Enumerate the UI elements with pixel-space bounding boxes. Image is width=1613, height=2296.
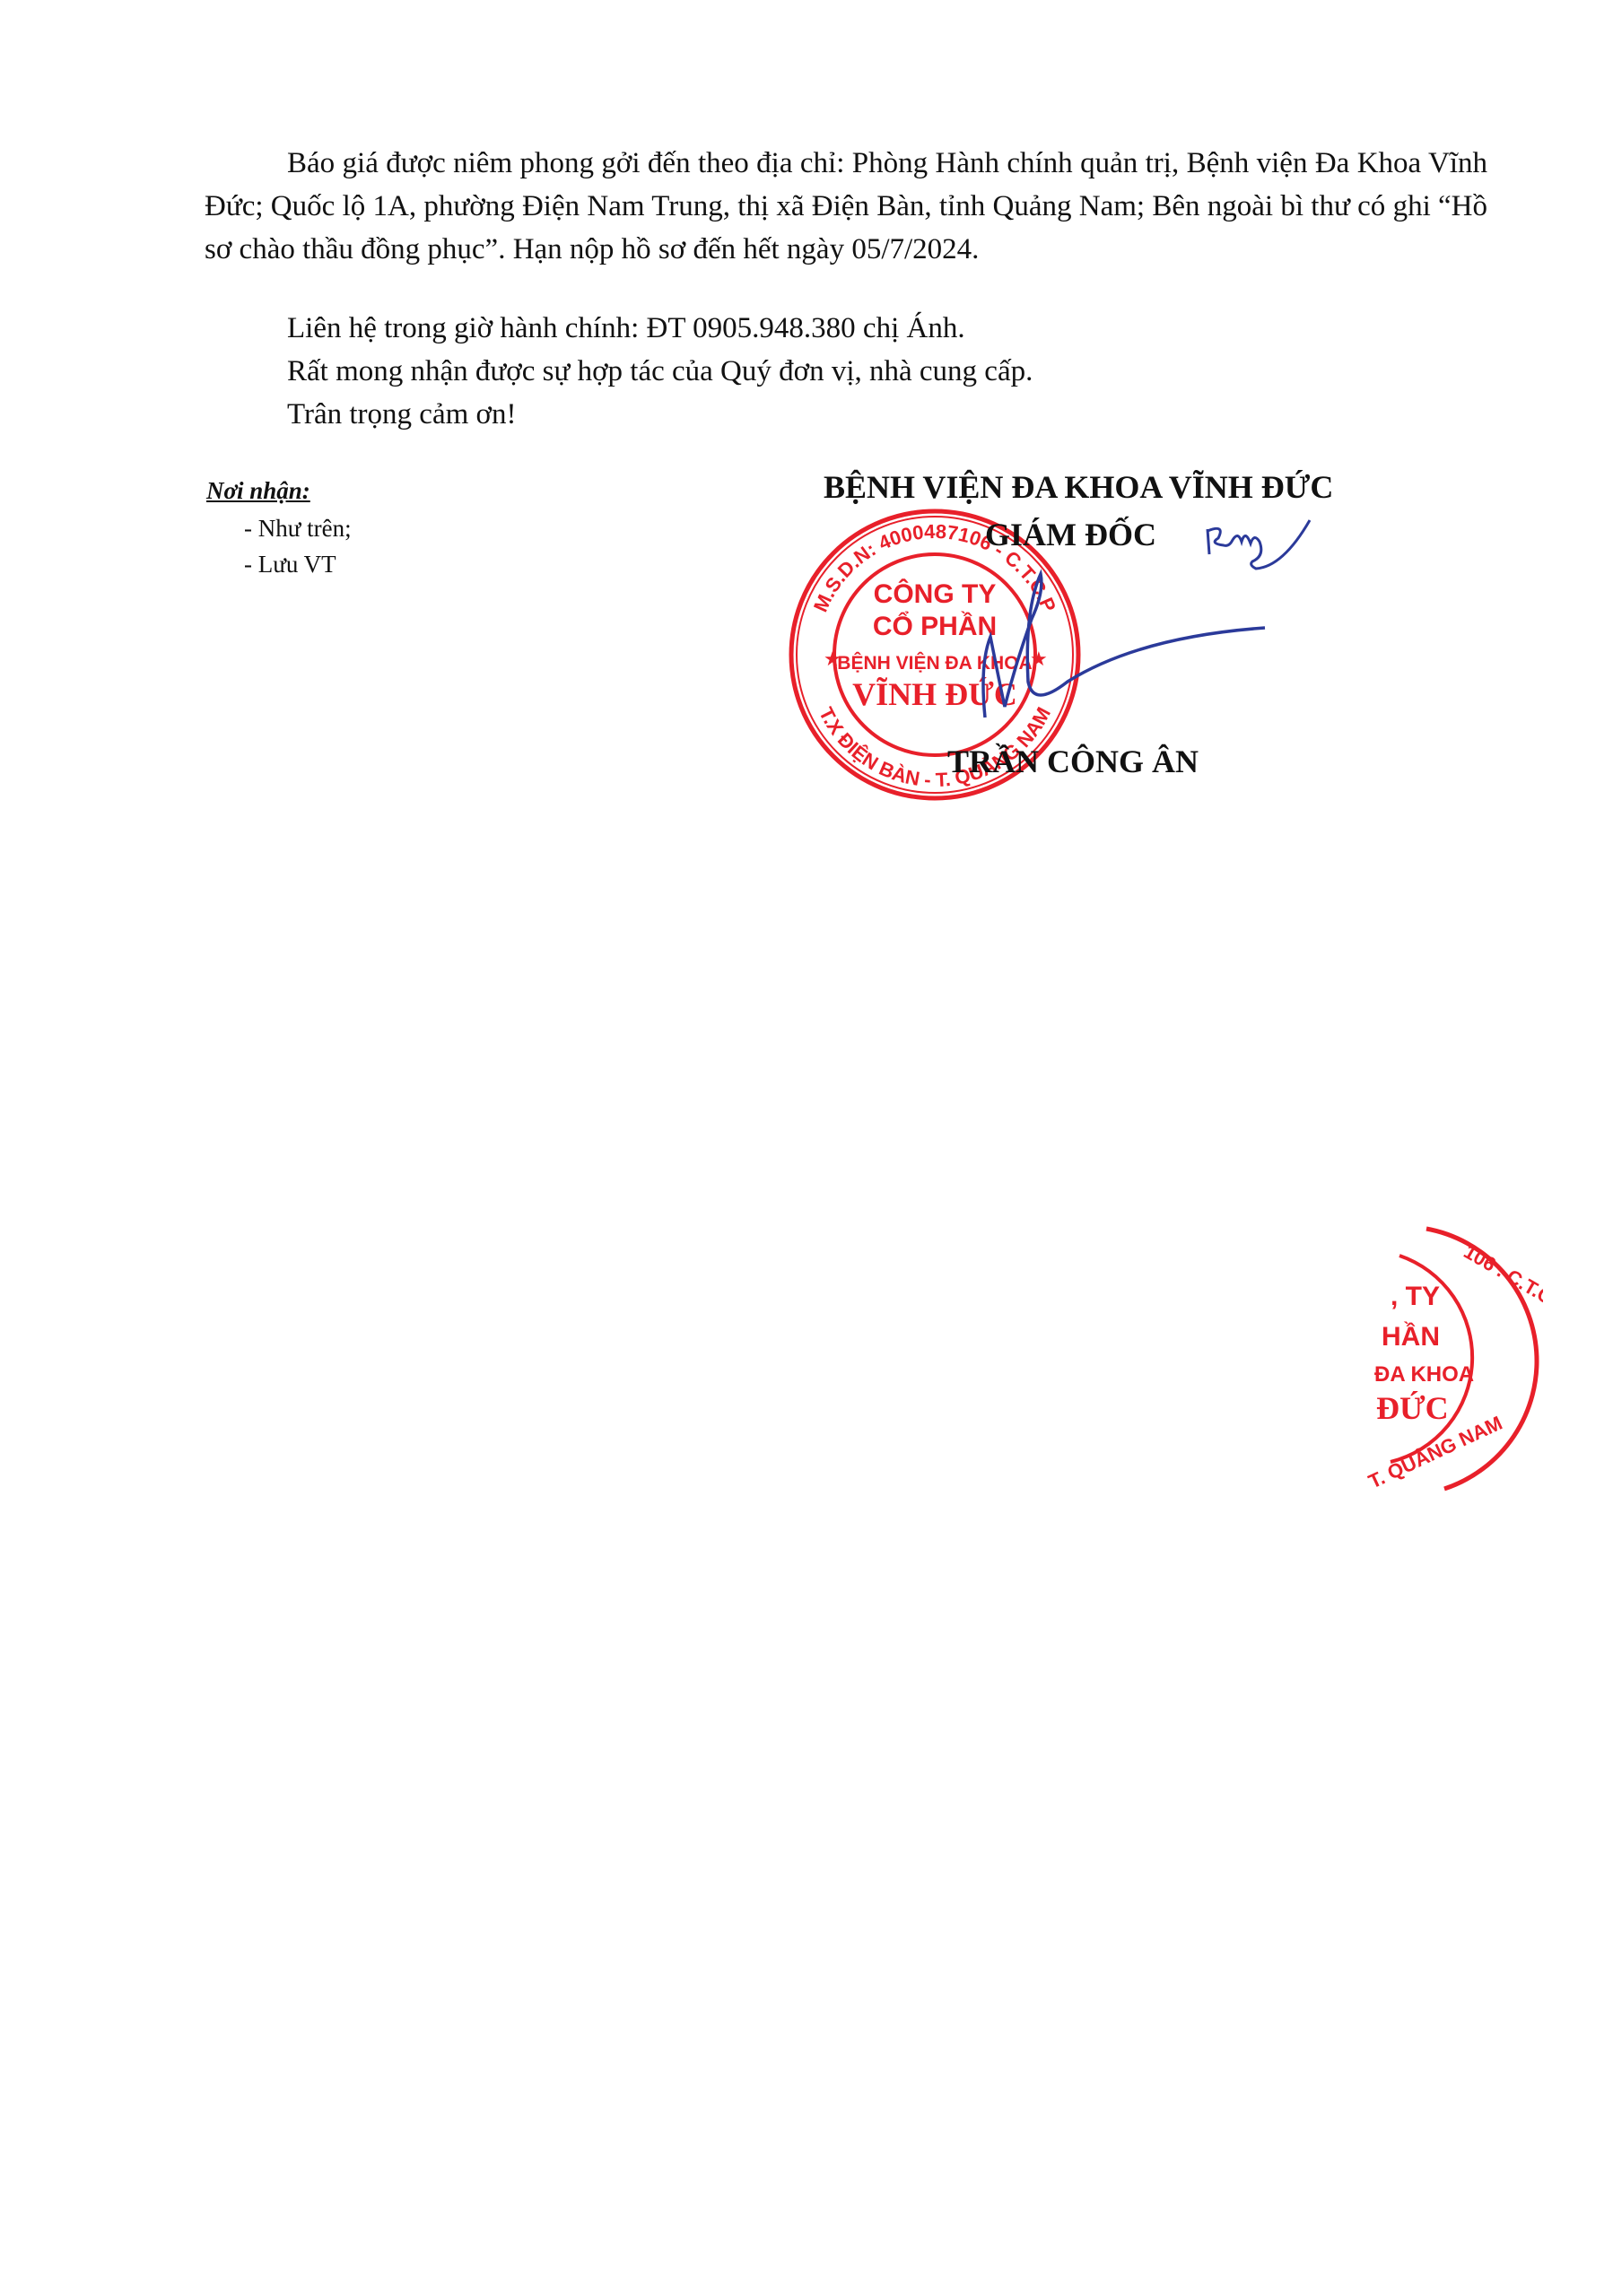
signature-icon bbox=[969, 556, 1328, 726]
svg-text:★: ★ bbox=[824, 648, 841, 670]
recipients-title: Nơi nhận: bbox=[206, 477, 310, 505]
svg-text:ĐA KHOA: ĐA KHOA bbox=[1374, 1362, 1474, 1387]
body-thanks-line: Trân trọng cảm ơn! bbox=[287, 393, 516, 436]
signer-organization: BỆNH VIỆN ĐA KHOA VĨNH ĐỨC bbox=[824, 468, 1333, 506]
recipient-item: - Lưu VT bbox=[244, 551, 336, 578]
svg-text:ĐỨC: ĐỨC bbox=[1376, 1390, 1449, 1426]
signer-title: GIÁM ĐỐC bbox=[985, 516, 1156, 553]
signer-name: TRẦN CÔNG ÂN bbox=[947, 743, 1199, 780]
partial-seal-stamp: 106 . C.T.C.P , TY HẦN ĐA KHOA ĐỨC T. QU… bbox=[1364, 1220, 1543, 1498]
body-contact-line: Liên hệ trong giờ hành chính: ĐT 0905.94… bbox=[287, 307, 965, 350]
recipient-item: - Như trên; bbox=[244, 515, 352, 543]
svg-text:, TY: , TY bbox=[1391, 1282, 1440, 1311]
svg-text:106 . C.T.C.P: 106 . C.T.C.P bbox=[1460, 1240, 1544, 1318]
body-paragraph-submission: Báo giá được niêm phong gởi đến theo địa… bbox=[205, 142, 1487, 271]
body-cooperation-line: Rất mong nhận được sự hợp tác của Quý đơ… bbox=[287, 350, 1033, 393]
svg-text:HẦN: HẦN bbox=[1382, 1321, 1440, 1352]
